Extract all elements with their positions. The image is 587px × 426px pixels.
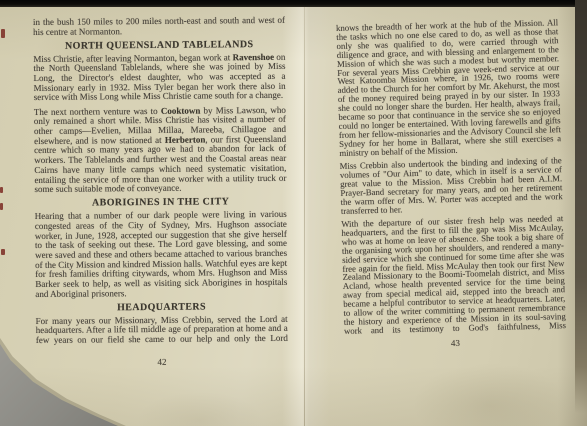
- right-page: knows the breadth of her work at the hub…: [336, 18, 566, 350]
- paragraph-bush-continuation: in the bush 150 miles to 200 miles north…: [33, 16, 285, 38]
- photo-right-edge: [575, 0, 587, 426]
- section-heading-tablelands: NORTH QUEENSLAND TABLELANDS: [33, 40, 285, 52]
- paragraph-city-mission: Hearing that a number of our dark people…: [35, 210, 288, 300]
- section-heading-headquarters: HEADQUARTERS: [35, 302, 287, 314]
- paragraph-crebbin: For many years our Missionary, Miss Creb…: [36, 314, 288, 345]
- paragraph-our-aim: Miss Crebbin also undertook the binding …: [340, 156, 563, 215]
- book-photo: in the bush 150 miles to 200 miles north…: [0, 0, 587, 426]
- paragraph-mcaulay: With the departure of our sister fresh h…: [341, 214, 566, 336]
- paragraph-crebbin-service: knows the breadth of her work at the hub…: [336, 18, 561, 157]
- left-page: in the bush 150 miles to 200 miles north…: [33, 16, 288, 369]
- page-edge-mark: [0, 203, 3, 210]
- page-edge-mark: [0, 187, 3, 193]
- page-edge-mark: [1, 249, 5, 255]
- page-edge-mark: [1, 29, 5, 38]
- spine-crease: [304, 6, 305, 426]
- photo-top-edge: [0, 0, 587, 7]
- section-heading-aborigines-city: ABORIGINES IN THE CITY: [35, 197, 287, 209]
- paragraph-miss-christie: Miss Christie, after leaving Normanton, …: [33, 52, 285, 103]
- spine-gutter: [282, 6, 330, 426]
- paragraph-cooktown: The next northern venture was to Cooktow…: [34, 105, 287, 195]
